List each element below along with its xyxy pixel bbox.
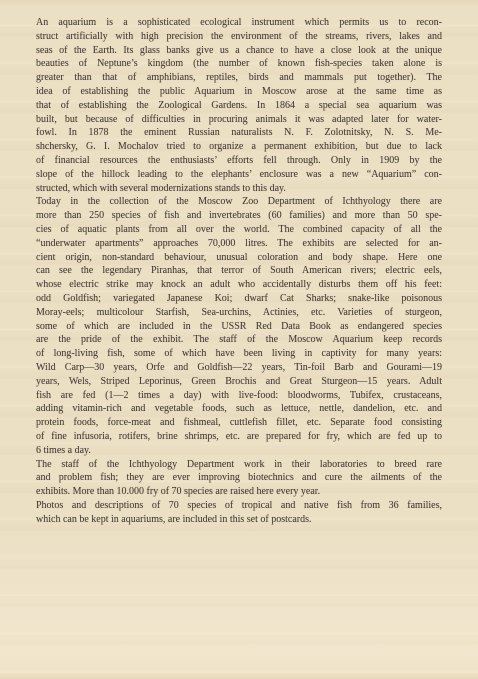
text-line: seas of the Earth. Its glass banks give … bbox=[36, 44, 442, 58]
text-line: which can be kept in aquariums, are incl… bbox=[36, 513, 442, 527]
text-line: can see the legendary Piranhas, that ter… bbox=[36, 264, 442, 278]
text-line: years, Wels, Striped Leporinus, Green Br… bbox=[36, 375, 442, 389]
paragraph-2: Today in the collection of the Moscow Zo… bbox=[36, 195, 442, 457]
text-line: structed, which with several modernizati… bbox=[36, 182, 442, 196]
text-line: built, but because of difficulties in pr… bbox=[36, 113, 442, 127]
text-line: some of which are included in the USSR R… bbox=[36, 320, 442, 334]
text-line: Wild Carp—30 years, Orfe and Goldfish—22… bbox=[36, 361, 442, 375]
text-line: fowl. In 1878 the eminent Russian natura… bbox=[36, 126, 442, 140]
text-line: adding vitamin-rich and vegetable foods,… bbox=[36, 402, 442, 416]
text-line: Moray-eels; multicolour Starfish, Sea-ur… bbox=[36, 306, 442, 320]
text-line: cient origin, non-standard behaviour, un… bbox=[36, 251, 442, 265]
text-line: struct artificially with high precision … bbox=[36, 30, 442, 44]
text-line: odd Goldfish; variegated Japanese Koi; d… bbox=[36, 292, 442, 306]
text-line: protein foods, force-meat and fishmeal, … bbox=[36, 416, 442, 430]
text-line: shchersky, G. I. Mochalov tried to organ… bbox=[36, 140, 442, 154]
text-line: of fine infusoria, rotifers, brine shrim… bbox=[36, 430, 442, 444]
text-line: 6 times a day. bbox=[36, 444, 442, 458]
text-line: The staff of the Ichthyology Department … bbox=[36, 458, 442, 472]
page-text: An aquarium is a sophisticated ecologica… bbox=[36, 16, 442, 526]
text-line: Photos and descriptions of 70 species of… bbox=[36, 499, 442, 513]
text-line: greater than that of amphibians, reptile… bbox=[36, 71, 442, 85]
text-line: exhibits. More than 10.000 fry of 70 spe… bbox=[36, 485, 442, 499]
text-line: that of establishing the Zoological Gard… bbox=[36, 99, 442, 113]
text-line: slope of the hillock leading to the elep… bbox=[36, 168, 442, 182]
text-line: of financial resources the enthusiasts’ … bbox=[36, 154, 442, 168]
scanned-page: An aquarium is a sophisticated ecologica… bbox=[0, 0, 478, 679]
text-line: of long-living fish, some of which have … bbox=[36, 347, 442, 361]
text-line: and problem fish; they are ever improvin… bbox=[36, 471, 442, 485]
paragraph-4: Photos and descriptions of 70 species of… bbox=[36, 499, 442, 527]
paragraph-3: The staff of the Ichthyology Department … bbox=[36, 458, 442, 499]
text-line: are the pride of the exhibit. The staff … bbox=[36, 333, 442, 347]
text-line: fish are fed (1—2 times a day) with live… bbox=[36, 389, 442, 403]
text-line: “underwater apartments” approaches 70,00… bbox=[36, 237, 442, 251]
text-line: Today in the collection of the Moscow Zo… bbox=[36, 195, 442, 209]
text-line: An aquarium is a sophisticated ecologica… bbox=[36, 16, 442, 30]
text-line: cies of aquatic plants from all over the… bbox=[36, 223, 442, 237]
paragraph-1: An aquarium is a sophisticated ecologica… bbox=[36, 16, 442, 195]
text-line: idea of establishing the public Aquarium… bbox=[36, 85, 442, 99]
text-line: beauties of Neptune’s kingdom (the numbe… bbox=[36, 57, 442, 71]
text-line: whose electric strike may knock an adult… bbox=[36, 278, 442, 292]
text-line: more than 250 species of fish and invert… bbox=[36, 209, 442, 223]
